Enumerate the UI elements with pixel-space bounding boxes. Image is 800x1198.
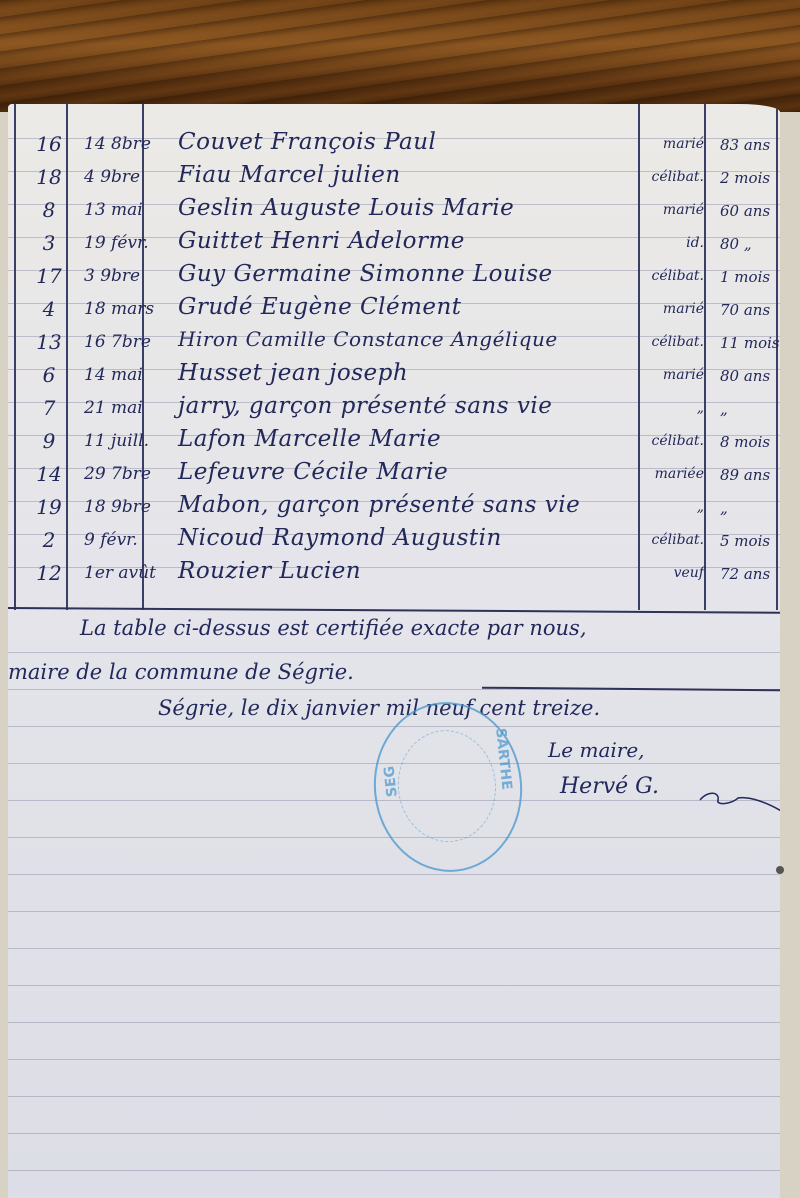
entry-name: Mabon, garçon présenté sans vie	[178, 492, 580, 518]
certification-place-date: Ségrie, le dix janvier mil neuf cent tre…	[158, 696, 600, 720]
ruled-line	[8, 985, 780, 986]
table-row: 14 29 7bre Lefeuvre Cécile Marie mariée …	[8, 456, 780, 489]
entry-number: 3	[26, 231, 72, 255]
entry-date: 16 7bre	[74, 332, 164, 352]
table-row: 9 11 juill. Lafon Marcelle Marie célibat…	[8, 423, 780, 456]
ruled-line	[8, 911, 780, 912]
entry-name: Geslin Auguste Louis Marie	[178, 195, 514, 221]
table-row: 18 4 9bre Fiau Marcel julien célibat. 2 …	[8, 159, 780, 192]
entry-age: 8 mois	[714, 433, 780, 451]
entry-date: 18 9bre	[74, 497, 164, 517]
entry-status: marié	[636, 367, 704, 383]
entry-status: célibat.	[636, 268, 704, 284]
entry-status: célibat.	[636, 169, 704, 185]
entry-age: 72 ans	[714, 565, 780, 583]
certification-line-2: maire de la commune de Ségrie.	[8, 660, 354, 684]
table-row: 8 13 mai Geslin Auguste Louis Marie mari…	[8, 192, 780, 225]
entry-name: Guittet Henri Adelorme	[178, 228, 465, 254]
entry-date: 1er avût	[74, 563, 164, 583]
table-row: 17 3 9bre Guy Germaine Simonne Louise cé…	[8, 258, 780, 291]
mayor-signature: Hervé G.	[560, 774, 659, 799]
table-row: 6 14 mai Husset jean joseph marié 80 ans	[8, 357, 780, 390]
entry-age: 11 mois	[714, 334, 780, 352]
table-row: 3 19 févr. Guittet Henri Adelorme id. 80…	[8, 225, 780, 258]
table-row: 19 18 9bre Mabon, garçon présenté sans v…	[8, 489, 780, 522]
entry-status: id.	[636, 235, 704, 251]
entry-date: 11 juill.	[74, 431, 164, 451]
entry-number: 18	[26, 165, 72, 189]
table-row: 13 16 7bre Hiron Camille Constance Angél…	[8, 324, 780, 357]
entry-status: „	[636, 400, 704, 416]
ruled-line	[8, 1022, 780, 1023]
entry-age: 60 ans	[714, 202, 780, 220]
entry-age: 1 mois	[714, 268, 780, 286]
entry-date: 4 9bre	[74, 167, 164, 187]
entry-age: 83 ans	[714, 136, 780, 154]
entry-date: 14 8bre	[74, 134, 164, 154]
entry-age: 89 ans	[714, 466, 780, 484]
stamp-inner-ring	[392, 725, 501, 847]
entry-date: 19 févr.	[74, 233, 164, 253]
entry-age: 80 ans	[714, 367, 780, 385]
ruled-line	[8, 874, 780, 875]
entry-name: jarry, garçon présenté sans vie	[178, 393, 552, 419]
entry-number: 12	[26, 561, 72, 585]
certification-line-1: La table ci-dessus est certifiée exacte …	[80, 616, 587, 640]
entry-number: 6	[26, 363, 72, 387]
entry-name: Couvet François Paul	[178, 129, 436, 155]
entry-status: „	[636, 499, 704, 515]
entry-date: 14 mai	[74, 365, 164, 385]
ruled-line	[8, 948, 780, 949]
entry-status: mariée	[636, 466, 704, 482]
entry-age: „	[714, 499, 780, 517]
entry-age: 70 ans	[714, 301, 780, 319]
entry-number: 8	[26, 198, 72, 222]
entry-name: Lafon Marcelle Marie	[178, 426, 441, 452]
entry-name: Rouzier Lucien	[178, 558, 361, 584]
entry-status: célibat.	[636, 532, 704, 548]
entry-date: 18 mars	[74, 299, 164, 319]
table-bottom-rule	[8, 607, 780, 614]
ruled-line	[8, 1096, 780, 1097]
entry-status: marié	[636, 202, 704, 218]
entry-status: marié	[636, 301, 704, 317]
ruled-line	[8, 1133, 780, 1134]
entry-date: 21 mai	[74, 398, 164, 418]
table-row: 16 14 8bre Couvet François Paul marié 83…	[8, 126, 780, 159]
entry-number: 4	[26, 297, 72, 321]
entry-status: marié	[636, 136, 704, 152]
entry-date: 9 févr.	[74, 530, 164, 550]
ruled-line	[8, 1170, 780, 1171]
entry-status: célibat.	[636, 334, 704, 350]
ruled-line	[8, 1059, 780, 1060]
table-row: 12 1er avût Rouzier Lucien veuf 72 ans	[8, 555, 780, 588]
entry-age: 2 mois	[714, 169, 780, 187]
entry-name: Grudé Eugène Clément	[178, 294, 462, 320]
mayor-title: Le maire,	[548, 738, 645, 762]
binding-hole	[776, 866, 784, 874]
entry-number: 17	[26, 264, 72, 288]
entry-number: 9	[26, 429, 72, 453]
entry-age: „	[714, 400, 780, 418]
entry-date: 13 mai	[74, 200, 164, 220]
entry-name: Nicoud Raymond Augustin	[178, 525, 502, 551]
entry-status: célibat.	[636, 433, 704, 449]
entry-age: 5 mois	[714, 532, 780, 550]
entry-name: Husset jean joseph	[178, 360, 408, 386]
stamp-left-text: SEG	[382, 765, 401, 798]
entry-age: 80 „	[714, 235, 780, 253]
municipal-stamp: SEG SARTHE	[366, 695, 531, 880]
entry-name: Lefeuvre Cécile Marie	[178, 459, 448, 485]
entry-number: 13	[26, 330, 72, 354]
entry-date: 29 7bre	[74, 464, 164, 484]
table-row: 4 18 mars Grudé Eugène Clément marié 70 …	[8, 291, 780, 324]
entry-name: Hiron Camille Constance Angélique	[178, 327, 558, 351]
entry-name: Guy Germaine Simonne Louise	[178, 261, 553, 287]
entry-number: 7	[26, 396, 72, 420]
signature-flourish-icon	[698, 786, 780, 816]
ruled-line	[8, 652, 780, 653]
entry-number: 16	[26, 132, 72, 156]
table-row: 7 21 mai jarry, garçon présenté sans vie…	[8, 390, 780, 423]
entry-number: 14	[26, 462, 72, 486]
entry-name: Fiau Marcel julien	[178, 162, 401, 188]
table-row: 2 9 févr. Nicoud Raymond Augustin céliba…	[8, 522, 780, 555]
entry-number: 2	[26, 528, 72, 552]
entry-number: 19	[26, 495, 72, 519]
entry-status: veuf	[636, 565, 704, 581]
entry-date: 3 9bre	[74, 266, 164, 286]
register-page: 16 14 8bre Couvet François Paul marié 83…	[8, 104, 780, 1198]
